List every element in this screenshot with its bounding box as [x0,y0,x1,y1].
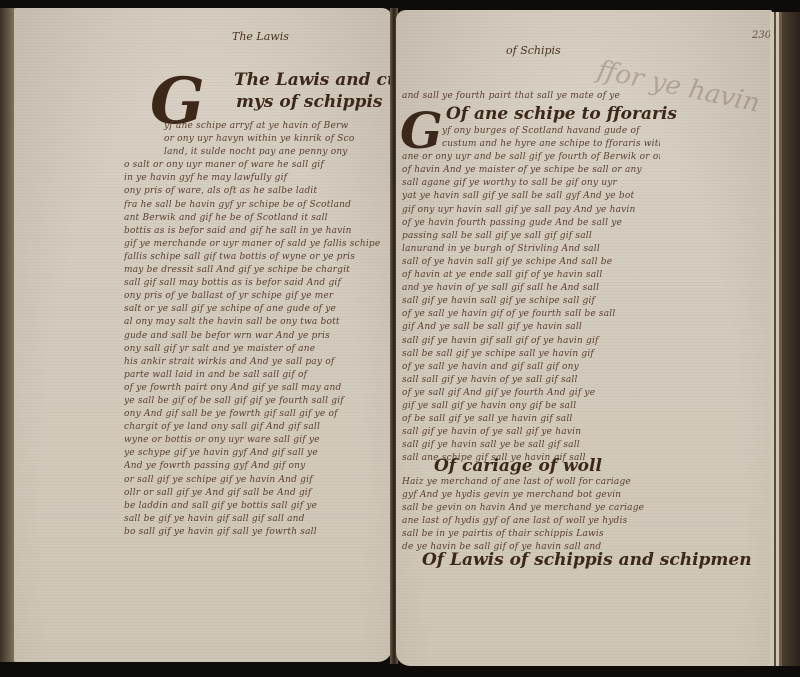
right-heading-1: Of ane schipe to fforaris [446,104,677,124]
text-line: or ony uyr havyn within ye kinrik of Sco [124,133,392,146]
text-line: Haiz ye merchand of ane last of woll for… [402,476,652,489]
right-heading-2: Of cariage of woll [434,456,602,476]
text-line: be laddin and sall gif ye bottis sall gi… [124,500,392,513]
folio-number: 230 [752,30,771,41]
right-section-1-text: yf ony burges of Scotland havand gude of… [402,125,660,465]
text-line: gude and sall be befor wrn war And ye pr… [124,330,392,343]
text-line: salt or ye sall gif ye schipe of ane gud… [124,303,392,316]
text-line: sall gif ye havin of ye sall gif ye havi… [402,426,660,439]
text-line: chargit of ye land ony sall gif And gif … [124,421,392,434]
text-line: sall gif ye havin gif sall gif of ye hav… [402,335,660,348]
left-heading-line-2: mys of schippis [236,92,382,112]
text-line: sall be gif ye havin gif sall gif sall a… [124,513,392,526]
text-line: sall sall gif ye havin of ye sall gif sa… [402,374,660,387]
text-line: yf ony burges of Scotland havand gude of [402,125,660,138]
left-heading-line-1: The Lawis and custu [234,70,392,90]
text-line: parte wall laid in and be sall sall gif … [124,369,392,382]
text-line: o salt or ony uyr maner of ware he sall … [124,159,392,172]
text-line: of ye sall gif And gif ye fourth And gif… [402,387,660,400]
text-line: sall be sall gif ye schipe sall ye havin… [402,348,660,361]
text-line: gif And ye sall be sall gif ye havin sal… [402,321,660,334]
right-page: of Schipis 230 ffor ye havin and sall ye… [396,10,772,666]
text-line: and ye havin of ye sall gif sall he And … [402,282,660,295]
text-line: or sall gif ye schipe gif ye havin And g… [124,474,392,487]
text-line: passing sall be sall gif ye sall gif gif… [402,230,660,243]
text-line: bo sall gif ye havin gif sall ye fowrth … [124,526,392,539]
text-line: ony And gif sall be ye fowrth gif sall g… [124,408,392,421]
text-line: ane last of hydis gyf of ane last of wol… [402,515,652,528]
text-line: ye schype gif ye havin gyf And gif sall … [124,447,392,460]
text-line: gyf And ye hydis gevin ye merchand bot g… [402,489,652,502]
text-line: his ankir strait wirkis and And ye sall … [124,356,392,369]
left-body-text: yf ane schipe arryf at ye havin of Berw … [124,120,392,539]
text-line: sall agane gif ye worthy to sall be gif … [402,177,660,190]
text-line: al ony may salt the havin sall be ony tw… [124,316,392,329]
text-line: of havin at ye ende sall gif of ye havin… [402,269,660,282]
text-line: fallis schipe sall gif twa bottis of wyn… [124,251,392,264]
right-book-edge [770,12,800,666]
left-running-head: The Lawis [232,30,289,43]
text-line: ye sall be gif of be sall gif gif ye fou… [124,395,392,408]
left-page: The Lawis G The Lawis and custu mys of s… [14,8,392,662]
text-line: sall be in ye pairtis of thair schippis … [402,528,652,541]
text-line: of ye sall ye havin and gif sall gif ony [402,361,660,374]
text-line: fra he sall be havin gyf yr schipe be of… [124,199,392,212]
text-line: gif ye merchande or uyr maner of sald ye… [124,238,392,251]
open-manuscript-book: The Lawis G The Lawis and custu mys of s… [0,0,800,677]
text-line: of be sall gif ye sall ye havin gif sall [402,413,660,426]
text-line: ony pris of ware, als oft as he salbe la… [124,185,392,198]
text-line: sall of ye havin sall gif ye schipe And … [402,256,660,269]
text-line: sall gif sall may bottis as is befor sai… [124,277,392,290]
text-line: sall be gevin on havin And ye merchand y… [402,502,652,515]
text-line: sall gif ye havin sall gif ye schipe sal… [402,295,660,308]
text-line: of havin And ye maister of ye schipe be … [402,164,660,177]
text-line: gif ye sall gif ye havin ony gif be sall [402,400,660,413]
text-line: ony sall gif yr salt and ye maister of a… [124,343,392,356]
text-line: ollr or sall gif ye And gif sall be And … [124,487,392,500]
text-line: ane or ony uyr and be sall gif ye fourth… [402,151,660,164]
text-line: yf ane schipe arryf at ye havin of Berw [124,120,392,133]
text-line: gif ony uyr havin sall gif ye sall pay A… [402,204,660,217]
text-line: may be dressit sall And gif ye schipe be… [124,264,392,277]
text-line: ant Berwik and gif he be of Scotland it … [124,212,392,225]
text-line: lanurand in ye burgh of Strivling And sa… [402,243,660,256]
text-line: wyne or bottis or ony uyr ware sall gif … [124,434,392,447]
text-line: custum and he hyre ane schipe to fforari… [402,138,660,151]
text-line: bottis as is befor said and gif he sall … [124,225,392,238]
text-line: yat ye havin sall gif ye sall be sall gy… [402,190,660,203]
right-heading-3: Of Lawis of schippis and schipmen [422,550,752,570]
text-line: ony pris of ye ballast of yr schipe gif … [124,290,392,303]
text-line: sall gif ye havin sall ye be sall gif sa… [402,439,660,452]
right-running-head: of Schipis [506,44,561,57]
text-line: of ye fowrth pairt ony And gif ye sall m… [124,382,392,395]
right-section-2-text: Haiz ye merchand of ane last of woll for… [402,476,652,555]
text-line: of ye sall ye havin gif of ye fourth sal… [402,308,660,321]
text-line: land, it sulde nocht pay ane penny ony [124,146,392,159]
text-line: in ye havin gyf he may lawfully gif [124,172,392,185]
text-line: And ye fowrth passing gyf And gif ony [124,460,392,473]
text-line: of ye havin fourth passing gude And be s… [402,217,660,230]
